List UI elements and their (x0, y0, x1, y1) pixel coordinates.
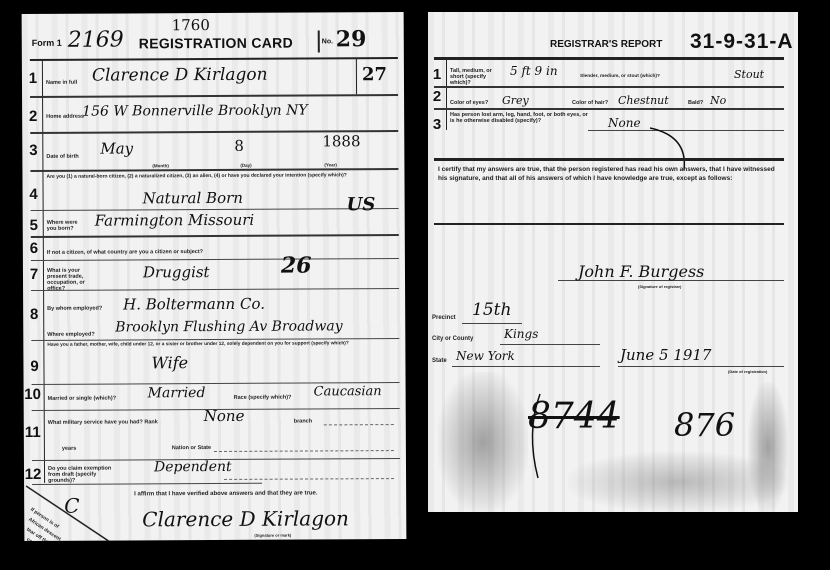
build-value: Stout (734, 68, 764, 81)
marital-label: Married or single (which)? (48, 396, 116, 402)
hair-color-label: Color of hair? (572, 100, 608, 106)
year-sublabel: (Year) (324, 162, 337, 167)
citizenship-label: Are you (1) a natural-born citizen, (2) … (46, 172, 386, 180)
employer-value: H. Boltermann Co. (123, 295, 265, 314)
bald-value: No (710, 94, 726, 107)
bottom-number: 876 (674, 406, 735, 444)
nation-label: Nation or State (172, 445, 211, 451)
exemption-value: Dependent (154, 459, 232, 475)
card-title: REGISTRATION CARD (139, 35, 293, 52)
serial-number: 2169 (68, 27, 124, 52)
birthplace-value: Farmington Missouri (95, 211, 255, 230)
disability-label: Has person lost arm, leg, hand, foot, or… (450, 112, 590, 124)
name-label: Name in full (46, 80, 77, 86)
day-sublabel: (Day) (240, 163, 251, 168)
registrar-signature-label: (Signature of registrar) (638, 284, 681, 289)
dob-month: May (100, 139, 133, 157)
no-label: No. (322, 38, 333, 45)
hair-color-value: Chestnut (618, 94, 669, 107)
report-code: 31-9-31-A (690, 30, 794, 54)
birth-country: US (347, 194, 376, 215)
disability-value: None (608, 116, 641, 130)
certification-text: I certify that my answers are true, that… (438, 165, 783, 183)
affirmation-text: I affirm that I have verified above answ… (134, 490, 317, 497)
dependents-value: Wife (151, 353, 188, 372)
dob-year: 1888 (322, 132, 360, 150)
occupation-annotation: 26 (281, 252, 312, 278)
occupation-label: What is your present trade, occupation, … (47, 268, 93, 292)
height-label: Tall, medium, or short (specify which)? (450, 68, 506, 86)
form-label: Form 1 (32, 38, 62, 48)
state-value: New York (456, 349, 515, 363)
order-number-top: 1760 (172, 16, 210, 34)
bracket-mark (524, 392, 544, 482)
report-title: REGISTRAR'S REPORT (550, 39, 662, 50)
date-label: (Date of registration) (728, 369, 767, 374)
branch-label: branch (294, 418, 312, 424)
age-value: 27 (362, 64, 387, 85)
city-label: City or County (432, 336, 473, 342)
employment-place-value: Brooklyn Flushing Av Broadway (115, 318, 342, 335)
registrar-signature: John F. Burgess (578, 262, 704, 281)
registration-card: 1760 Form 1 2169 REGISTRATION CARD No. 2… (22, 12, 407, 541)
race-label: Race (specify which)? (234, 395, 292, 401)
name-value: Clarence D Kirlagon (92, 65, 268, 86)
dob-day: 8 (234, 137, 244, 155)
tear-off-corner: If person is of African descent, tear of… (24, 483, 124, 541)
state-label: State (432, 358, 447, 364)
eye-color-value: Grey (502, 94, 529, 107)
precinct-value: 15th (472, 300, 511, 320)
marital-value: Married (148, 385, 206, 401)
registrant-signature: Clarence D Kirlagon (142, 506, 349, 531)
military-label: What military service have you had? Rank (48, 419, 158, 426)
signature-label: (Signature or mark) (254, 533, 291, 538)
birthplace-label: Where were you born? (47, 220, 87, 232)
dob-label: Date of birth (46, 154, 78, 160)
eye-color-label: Color of eyes? (450, 100, 488, 106)
height-value: 5 ft 9 in (510, 64, 558, 78)
home-address-label: Home address (46, 114, 84, 120)
bald-label: Bald? (688, 100, 703, 106)
build-label: Slender, medium, or stout (which)? (580, 74, 660, 79)
employer-label: By whom employed? (47, 306, 102, 312)
registration-number: 29 (336, 26, 367, 52)
home-address-value: 156 W Bonnerville Brooklyn NY (82, 103, 308, 120)
exemption-label: Do you claim exemption from draft (speci… (48, 466, 118, 484)
employment-place-label: Where employed? (47, 332, 94, 338)
registration-date: June 5 1917 (620, 346, 711, 364)
registrars-report: REGISTRAR'S REPORT 31-9-31-A 1 Tall, med… (428, 12, 798, 512)
city-value: Kings (504, 327, 538, 341)
military-value: None (204, 407, 245, 425)
month-sublabel: (Month) (152, 163, 169, 168)
race-value: Caucasian (314, 384, 382, 399)
years-label: years (62, 446, 76, 452)
dependents-label: Have you a father, mother, wife, child u… (47, 341, 392, 348)
citizenship-value: Natural Born (143, 189, 243, 208)
foreign-citizenship-label: If not a citizen, of what country are yo… (47, 249, 203, 256)
occupation-value: Druggist (143, 263, 210, 281)
precinct-label: Precinct (432, 315, 456, 321)
